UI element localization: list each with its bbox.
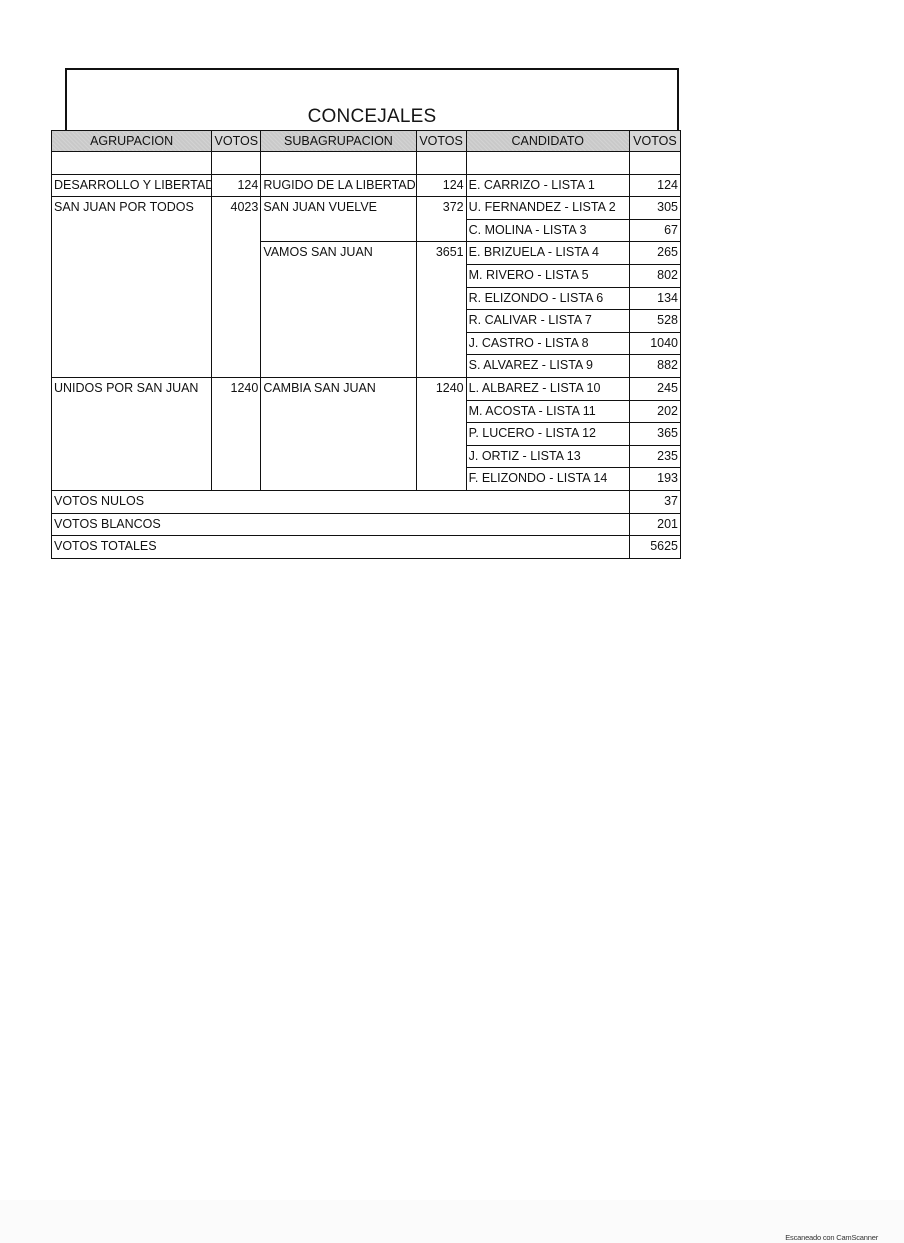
candidato-votos: 802 xyxy=(629,264,680,287)
agrupacion-votos: 124 xyxy=(212,174,261,197)
candidato-votos: 528 xyxy=(629,310,680,333)
candidato-votos: 67 xyxy=(629,219,680,242)
candidato-name: P. LUCERO - LISTA 12 xyxy=(466,423,629,446)
table-row: DESARROLLO Y LIBERTAD 124 RUGIDO DE LA L… xyxy=(52,174,681,197)
title-box: CONCEJALES xyxy=(65,68,679,132)
agrupacion-name: DESARROLLO Y LIBERTAD xyxy=(52,174,212,197)
subagrupacion-votos: 372 xyxy=(416,197,466,242)
blank-cell xyxy=(629,152,680,175)
agrupacion-name: UNIDOS POR SAN JUAN xyxy=(52,377,212,490)
candidato-votos: 265 xyxy=(629,242,680,265)
candidato-name: E. BRIZUELA - LISTA 4 xyxy=(466,242,629,265)
candidato-name: L. ALBAREZ - LISTA 10 xyxy=(466,377,629,400)
scanner-watermark: Escaneado con CamScanner xyxy=(785,1233,878,1242)
header-subagrupacion: SUBAGRUPACION xyxy=(261,131,416,152)
totals-votos: 5625 xyxy=(629,536,680,559)
candidato-votos: 134 xyxy=(629,287,680,310)
blank-cell xyxy=(416,152,466,175)
candidato-name: R. ELIZONDO - LISTA 6 xyxy=(466,287,629,310)
candidato-votos: 124 xyxy=(629,174,680,197)
header-agrupacion: AGRUPACION xyxy=(52,131,212,152)
candidato-votos: 202 xyxy=(629,400,680,423)
totals-row-totales: VOTOS TOTALES 5625 xyxy=(52,536,681,559)
candidato-votos: 1040 xyxy=(629,332,680,355)
blank-cell xyxy=(52,152,212,175)
candidato-name: J. CASTRO - LISTA 8 xyxy=(466,332,629,355)
candidato-votos: 365 xyxy=(629,423,680,446)
blank-cell xyxy=(466,152,629,175)
candidato-name: C. MOLINA - LISTA 3 xyxy=(466,219,629,242)
scanned-page: CONCEJALES AGRUPACION VOTOS SUBAGRUPACIO… xyxy=(0,0,904,1200)
totals-label: VOTOS BLANCOS xyxy=(52,513,630,536)
candidato-votos: 245 xyxy=(629,377,680,400)
totals-row-blancos: VOTOS BLANCOS 201 xyxy=(52,513,681,536)
table-row: SAN JUAN POR TODOS 4023 SAN JUAN VUELVE … xyxy=(52,197,681,220)
subagrupacion-name: SAN JUAN VUELVE xyxy=(261,197,416,242)
candidato-name: F. ELIZONDO - LISTA 14 xyxy=(466,468,629,491)
candidato-votos: 305 xyxy=(629,197,680,220)
agrupacion-name: SAN JUAN POR TODOS xyxy=(52,197,212,378)
blank-row xyxy=(52,152,681,175)
blank-cell xyxy=(212,152,261,175)
totals-row-nulos: VOTOS NULOS 37 xyxy=(52,490,681,513)
subagrupacion-name: VAMOS SAN JUAN xyxy=(261,242,416,378)
totals-label: VOTOS TOTALES xyxy=(52,536,630,559)
results-sheet: CONCEJALES AGRUPACION VOTOS SUBAGRUPACIO… xyxy=(51,68,681,570)
candidato-name: E. CARRIZO - LISTA 1 xyxy=(466,174,629,197)
subagrupacion-name: RUGIDO DE LA LIBERTAD xyxy=(261,174,416,197)
blank-cell xyxy=(261,152,416,175)
totals-votos: 37 xyxy=(629,490,680,513)
candidato-votos: 235 xyxy=(629,445,680,468)
totals-label: VOTOS NULOS xyxy=(52,490,630,513)
totals-votos: 201 xyxy=(629,513,680,536)
candidato-votos: 882 xyxy=(629,355,680,378)
candidato-name: R. CALIVAR - LISTA 7 xyxy=(466,310,629,333)
agrupacion-votos: 4023 xyxy=(212,197,261,378)
header-row: AGRUPACION VOTOS SUBAGRUPACION VOTOS CAN… xyxy=(52,131,681,152)
candidato-votos: 193 xyxy=(629,468,680,491)
subagrupacion-votos: 1240 xyxy=(416,377,466,490)
header-candidato: CANDIDATO xyxy=(466,131,629,152)
subagrupacion-name: CAMBIA SAN JUAN xyxy=(261,377,416,490)
document-title: CONCEJALES xyxy=(67,106,677,128)
candidato-name: M. RIVERO - LISTA 5 xyxy=(466,264,629,287)
candidato-name: M. ACOSTA - LISTA 11 xyxy=(466,400,629,423)
candidato-name: S. ALVAREZ - LISTA 9 xyxy=(466,355,629,378)
subagrupacion-votos: 3651 xyxy=(416,242,466,378)
header-votos-subagrupacion: VOTOS xyxy=(416,131,466,152)
results-table: AGRUPACION VOTOS SUBAGRUPACION VOTOS CAN… xyxy=(51,130,681,559)
header-votos-candidato: VOTOS xyxy=(629,131,680,152)
table-row: UNIDOS POR SAN JUAN 1240 CAMBIA SAN JUAN… xyxy=(52,377,681,400)
candidato-name: U. FERNANDEZ - LISTA 2 xyxy=(466,197,629,220)
header-votos-agrupacion: VOTOS xyxy=(212,131,261,152)
candidato-name: J. ORTIZ - LISTA 13 xyxy=(466,445,629,468)
subagrupacion-votos: 124 xyxy=(416,174,466,197)
agrupacion-votos: 1240 xyxy=(212,377,261,490)
